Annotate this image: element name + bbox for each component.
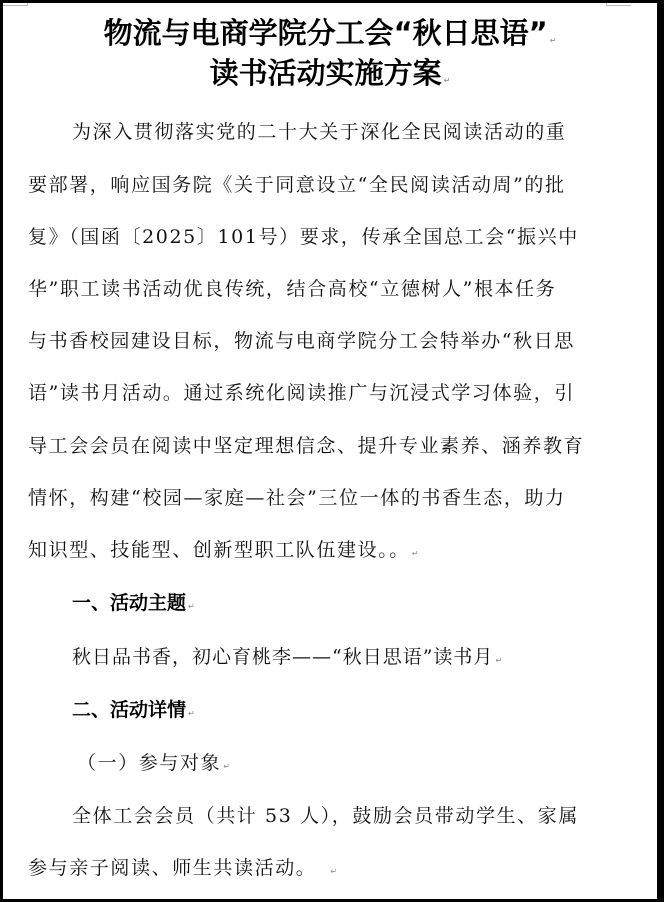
- paragraph-mark-icon: ↵: [223, 762, 231, 771]
- section-1-heading-text: 一、活动主题: [72, 592, 186, 614]
- paragraph-mark-icon: ↵: [188, 602, 195, 611]
- subsection-1-body-line-2-text: 参与亲子阅读、师生共读活动。: [28, 857, 316, 879]
- intro-line-5: 与书香校园建设目标，物流与电商学院分工会特举办“秋日思: [28, 326, 575, 353]
- intro-line-9-text: 知识型、技能型、创新型职工队伍建设。。: [28, 539, 410, 561]
- title-text-1: 物流与电商学院分工会“秋日思语”: [104, 16, 548, 50]
- crop-mark-top-left: [3, 5, 27, 6]
- crop-mark-top-right-vertical: [606, 3, 607, 6]
- intro-line-3: 复》（国函〔2025〕101号）要求，传承全国总工会“振兴中: [28, 222, 579, 249]
- intro-line-8: 情怀，构建“校园—家庭—社会”三位一体的书香生态，助力: [28, 483, 566, 510]
- intro-line-6: 语”读书月活动。通过系统化阅读推广与沉浸式学习体验，引: [28, 378, 575, 405]
- crop-mark-top-right: [606, 5, 631, 6]
- section-1-body: 秋日品书香，初心育桃李——“秋日思语”读书月↵: [72, 642, 503, 669]
- paragraph-mark-icon: ↵: [188, 709, 195, 718]
- document-title-line-2: 读书活动实施方案↵: [3, 51, 657, 92]
- intro-line-2: 要部署，响应国务院《关于同意设立“全民阅读活动周”的批: [28, 170, 566, 197]
- section-1-heading: 一、活动主题↵: [72, 588, 195, 615]
- section-2-heading-text: 二、活动详情: [72, 699, 186, 721]
- document-page: 物流与电商学院分工会“秋日思语”↵ 读书活动实施方案↵ 为深入贯彻落实党的二十大…: [3, 3, 657, 899]
- paragraph-mark-icon: ↵: [444, 76, 451, 85]
- section-2-heading: 二、活动详情↵: [72, 695, 195, 722]
- paragraph-mark-icon: ↵: [550, 36, 557, 45]
- paragraph-mark-icon: ↵: [412, 549, 420, 558]
- section-1-body-text: 秋日品书香，初心育桃李——“秋日思语”读书月: [72, 646, 493, 668]
- crop-mark-top-left-vertical: [27, 3, 28, 6]
- title-text-2: 读书活动实施方案: [210, 56, 442, 90]
- paragraph-mark-icon: ↵: [495, 656, 503, 665]
- intro-line-4: 华”职工读书活动优良传统，结合高校“立德树人”根本任务: [28, 274, 556, 301]
- subsection-1-body-line-2: 参与亲子阅读、师生共读活动。↵: [28, 853, 339, 880]
- document-title-line-1: 物流与电商学院分工会“秋日思语”↵: [3, 11, 657, 52]
- intro-line-9: 知识型、技能型、创新型职工队伍建设。。↵: [28, 535, 420, 562]
- paragraph-mark-icon: ↵: [330, 867, 338, 876]
- subsection-1-heading: （一）参与对象↵: [77, 748, 232, 775]
- intro-line-1: 为深入贯彻落实党的二十大关于深化全民阅读活动的重: [72, 117, 566, 144]
- intro-line-7: 导工会会员在阅读中坚定理想信念、提升专业素养、涵养教育: [28, 431, 584, 458]
- subsection-1-heading-text: （一）参与对象: [77, 752, 221, 774]
- subsection-1-body-line-1: 全体工会会员（共计 53 人），鼓励会员带动学生、家属: [72, 801, 579, 828]
